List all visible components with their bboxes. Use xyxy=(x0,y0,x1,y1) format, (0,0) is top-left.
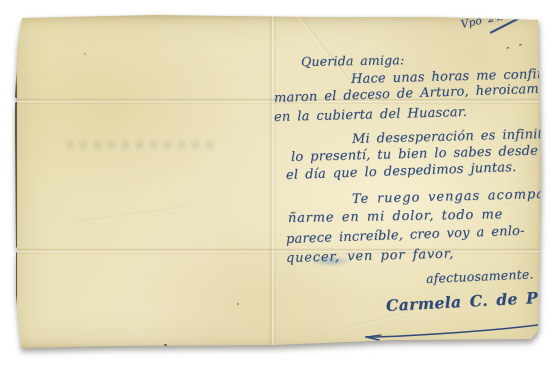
paper-wrinkle xyxy=(292,8,350,81)
fold-crease-horizontal-bottom xyxy=(14,248,541,254)
body-line: en la cubierta del Huascar. xyxy=(274,105,468,125)
body-line: parece increíble, creo voy a enlo- xyxy=(286,224,525,247)
signature: Carmela C. de Prat xyxy=(386,287,550,315)
body-line: Te ruego vengas acompa- xyxy=(352,187,550,207)
paper-wrinkle xyxy=(74,205,193,225)
body-line: quecer, ven por favor, xyxy=(286,247,455,266)
paper-left-edge-shadow xyxy=(14,68,17,348)
paper-speck xyxy=(164,344,167,347)
ink-bleed-through xyxy=(66,141,216,149)
closing-line: afectuosamente. xyxy=(426,266,534,286)
body-line: ñarme en mi dolor, todo me xyxy=(288,207,503,226)
letter-photo: Vpo 24/ - - Querida amiga: Hace unas hor… xyxy=(0,0,550,374)
fold-crease-vertical xyxy=(269,13,276,349)
paper-speck xyxy=(237,303,239,305)
salutation-line: Querida amiga: xyxy=(301,52,405,69)
letter-paper: Vpo 24/ - - Querida amiga: Hace unas hor… xyxy=(14,13,541,349)
letter-paper-wrap: Vpo 24/ - - Querida amiga: Hace unas hor… xyxy=(0,0,550,374)
signature-flourish-underline xyxy=(350,321,542,345)
paper-speck xyxy=(84,53,86,55)
date-dashes: - - xyxy=(505,39,526,54)
